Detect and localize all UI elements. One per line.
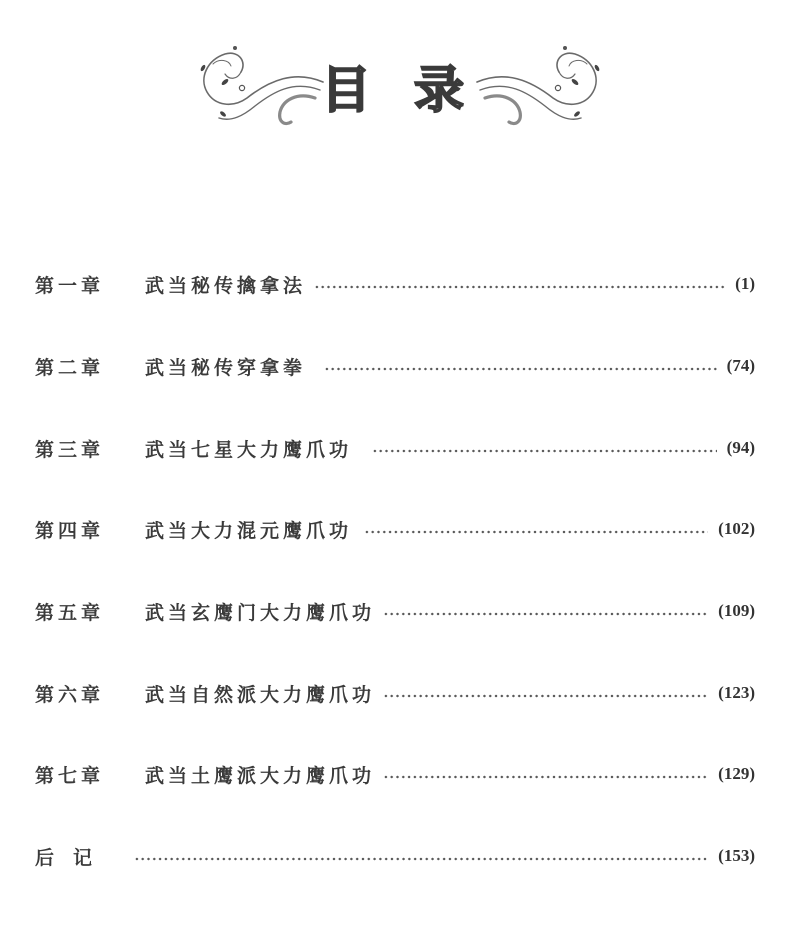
dot-leader	[383, 612, 708, 616]
floral-swirl-right-icon	[475, 40, 615, 140]
toc-page-number: (74)	[727, 356, 755, 376]
dot-leader	[314, 285, 725, 289]
toc-chapter-title: 武当大力混元鹰爪功	[145, 516, 360, 543]
toc-chapter-title: 武当七星大力鹰爪功	[145, 435, 368, 462]
toc-chapter-label: 第七章	[35, 761, 145, 788]
toc-chapter-label: 第二章	[35, 353, 145, 380]
toc-page-number: (109)	[718, 601, 755, 621]
toc-chapter-title: 武当玄鹰门大力鹰爪功	[145, 598, 379, 625]
dot-leader	[364, 530, 708, 534]
toc-entry[interactable]: 第一章 武当秘传擒拿法 (1)	[35, 271, 755, 297]
toc-chapter-title: 武当秘传穿拿拳	[145, 353, 320, 380]
toc-page-number: (123)	[718, 683, 755, 703]
toc-chapter-label: 第四章	[35, 516, 145, 543]
toc-entry[interactable]: 第二章 武当秘传穿拿拳 (74)	[35, 353, 755, 379]
toc-chapter-label: 第六章	[35, 680, 145, 707]
dot-leader	[383, 775, 708, 779]
toc-entry[interactable]: 第三章 武当七星大力鹰爪功 (94)	[35, 435, 755, 461]
toc-entry[interactable]: 第六章 武当自然派大力鹰爪功 (123)	[35, 680, 755, 706]
toc-entry[interactable]: 第七章 武当土鹰派大力鹰爪功 (129)	[35, 761, 755, 787]
toc-chapter-label: 第三章	[35, 435, 145, 462]
toc-page-number: (94)	[727, 438, 755, 458]
dot-leader	[324, 367, 717, 371]
toc-page-number: (1)	[735, 274, 755, 294]
title-char-mu: 目	[318, 62, 374, 118]
toc-entry[interactable]: 第五章 武当玄鹰门大力鹰爪功 (109)	[35, 598, 755, 624]
toc-chapter-label: 第一章	[35, 271, 145, 298]
dot-leader	[383, 694, 708, 698]
dot-leader	[372, 449, 717, 453]
toc-entry-afterword[interactable]: 后记 (153)	[35, 843, 755, 869]
toc-page-number: (153)	[718, 846, 755, 866]
toc-chapter-title: 武当土鹰派大力鹰爪功	[145, 761, 379, 788]
floral-swirl-left-icon	[185, 40, 325, 140]
toc-page-number: (129)	[718, 764, 755, 784]
toc-chapter-label: 第五章	[35, 598, 145, 625]
toc-chapter-title: 武当秘传擒拿法	[145, 271, 310, 298]
dot-leader	[134, 857, 708, 861]
toc-chapter-title: 武当自然派大力鹰爪功	[145, 680, 379, 707]
title-char-lu: 录	[409, 62, 469, 118]
toc-afterword-label: 后记	[35, 843, 130, 870]
toc-header: 目 录	[185, 40, 615, 140]
toc-entry[interactable]: 第四章 武当大力混元鹰爪功 (102)	[35, 516, 755, 542]
toc-page-number: (102)	[718, 519, 755, 539]
